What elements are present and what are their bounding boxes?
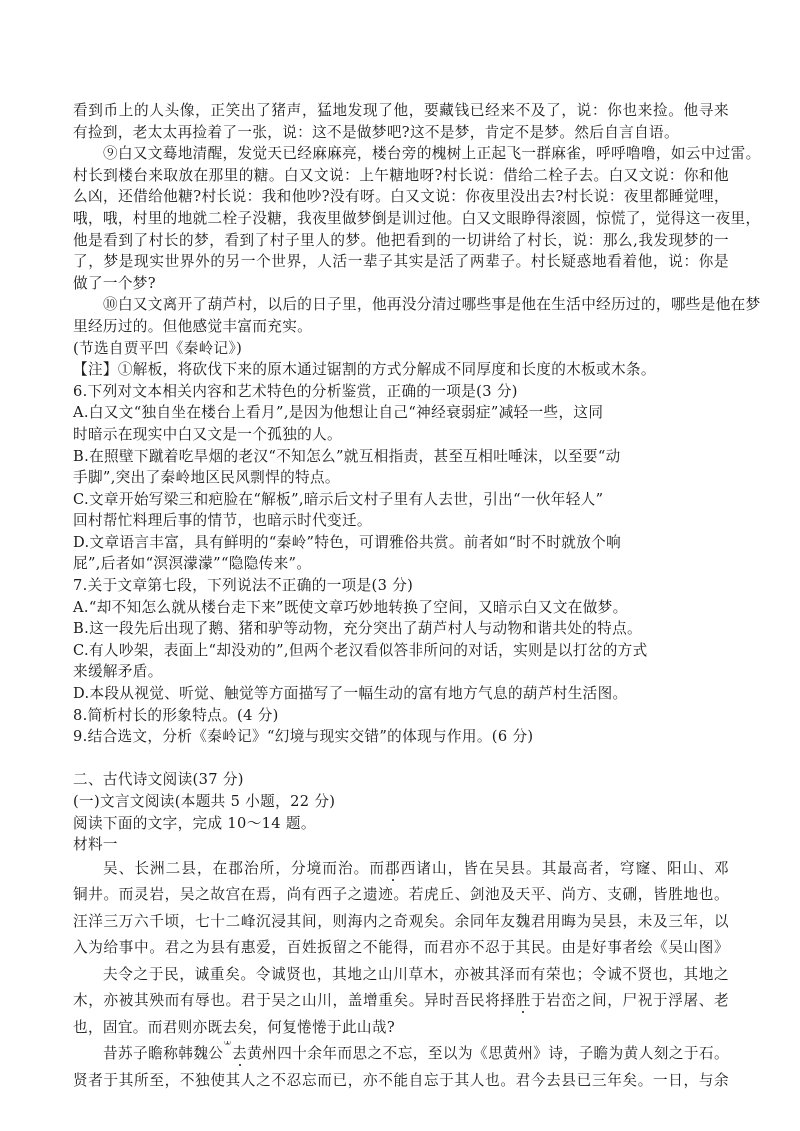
- text-line: ⑩白又文离开了葫芦村，以后的日子里，他再没分清过哪些事是他在生活中经历过的，哪些…: [73, 294, 729, 316]
- text-line: 吴、长洲二县，在郡治所，分境而治。而郡西诸山，皆在吴县。其最高者，穹窿、阳山、邓…: [73, 856, 729, 883]
- option-text: 回村帮忙料理后事的情节，也暗示时代变迁。: [73, 510, 729, 532]
- footnote-marker: ①: [224, 1041, 233, 1048]
- option-text: 来缓解矛盾。: [73, 661, 729, 683]
- question-stem: 7.关于文章第七段，下列说法不正确的一项是(3 分): [73, 575, 729, 597]
- option-c: C.文章开始写梁三和疤脸在“解板”,暗示后文村子里有人去世，引出“一伙年轻人” …: [73, 489, 729, 532]
- option-b: B.这一段先后出现了鹅、猪和驴等动物，充分突出了葫芦村人与动物和谐共处的特点。: [73, 618, 729, 640]
- question-stem: 6.下列对文本相关内容和艺术特色的分析鉴赏，正确的一项是(3 分): [73, 381, 729, 403]
- text-line: 贤者于其所至，不独使其人之不忍忘而已，亦不能自忘于其人也。君今去县已三年矣。一日…: [73, 1068, 729, 1095]
- spacer: [73, 748, 729, 770]
- text-line: 木，亦被其殃而有辱也。君于吴之山川，盖增重矣。异时吾民将择胜于岩峦之间，尸祝于浮…: [73, 988, 729, 1015]
- option-text: 时暗示在现实中白又文是一个孤独的人。: [73, 424, 729, 446]
- text-span: 吴、长洲二县，在郡治所，分境而治。而: [103, 860, 385, 877]
- option-text: D.文章语言丰富，具有鲜明的“秦岭”特色，可谓雅俗共赏。前者如“时不时就放个响: [73, 532, 729, 554]
- paragraph-9: ⑨白又文蓦地清醒，发觉天已经麻麻亮，楼台旁的槐树上正起飞一群麻雀，呼呼噜噜，如云…: [73, 143, 729, 294]
- section-subtitle: (一)文言文阅读(本题共 5 小题，22 分): [73, 791, 729, 813]
- exam-page: 看到币上的人头像，正笑出了猪声，猛地发现了他，要藏钱已经来不及了，说：你也来捡。…: [73, 100, 729, 1094]
- question-7: 7.关于文章第七段，下列说法不正确的一项是(3 分) A.“却不知怎么就从楼台走…: [73, 575, 729, 705]
- text-line: 夫令之于民，诚重矣。令诚贤也，其地之山川草木，亦被其泽而有荣也；令诚不贤也，其地…: [73, 962, 729, 989]
- option-text: A.白又文“独自坐在楼台上看月”,是因为他想让自己“神经衰弱症”减轻一些，这同: [73, 402, 729, 424]
- emphasis-dot-char: 郡: [385, 860, 401, 877]
- footnote: 【注】①解板，将砍伐下来的原木通过锯割的方式分解成不同厚度和长度的木板或木条。: [73, 359, 729, 381]
- option-text: B.在照壁下蹴着吃旱烟的老汉“不知怎么”就互相指责，甚至互相吐唾沫，以至要“动: [73, 446, 729, 468]
- option-c: C.有人吵架，表面上“却没劝的”,但两个老汉看似答非所问的对话，实则是以打岔的方…: [73, 640, 729, 683]
- text-span: 昔苏子瞻称韩魏公: [103, 1045, 224, 1062]
- section-2: 二、古代诗文阅读(37 分) (一)文言文阅读(本题共 5 小题，22 分) 阅…: [73, 769, 729, 1094]
- text-line: 入为给事中。君之为县有惠爱，百姓扳留之不能得，而君亦不忍于其民。由是好事者绘《吴…: [73, 935, 729, 962]
- instruction: 阅读下面的文字，完成 10～14 题。: [73, 813, 729, 835]
- option-a: A.“却不知怎么就从楼台走下来”既使文章巧妙地转换了空间，又暗示白又文在做梦。: [73, 597, 729, 619]
- text-line: 村长到楼台来取放在那里的糖。白又文说：上午糖地呀?村长说：借给二栓子去。白又文说…: [73, 165, 729, 187]
- text-line: 有捡到，老太太再捡着了一张，说：这不是做梦吧?这不是梦，肯定不是梦。然后自言自语…: [73, 122, 729, 144]
- emphasis-dot-char: 去: [232, 1045, 247, 1062]
- option-a: A.白又文“独自坐在楼台上看月”,是因为他想让自己“神经衰弱症”减轻一些，这同 …: [73, 402, 729, 445]
- option-b: B.在照壁下蹴着吃旱烟的老汉“不知怎么”就互相指责，甚至互相吐唾沫，以至要“动 …: [73, 446, 729, 489]
- text-line: 昔苏子瞻称韩魏公①去黄州四十余年而思之不忘，至以为《思黄州》诗，子瞻为黄人刻之于…: [73, 1041, 729, 1068]
- question-9: 9.结合选文，分析《秦岭记》“幻境与现实交错”的体现与作用。(6 分): [73, 726, 729, 748]
- classical-text: 吴、长洲二县，在郡治所，分境而治。而郡西诸山，皆在吴县。其最高者，穹窿、阳山、邓…: [73, 856, 729, 1095]
- text-line: 哦，哦，村里的地就二栓子没糖，我夜里做梦倒是训过他。白又文眼睁得滚圆，惊慌了，觉…: [73, 208, 729, 230]
- option-d: D.本段从视觉、听觉、触觉等方面描写了一幅生动的富有地方气息的葫芦村生活图。: [73, 683, 729, 705]
- text-line: 他是看到了村长的梦，看到了村子里人的梦。他把看到的一切讲给了村长，说：那么,我发…: [73, 230, 729, 252]
- question-6: 6.下列对文本相关内容和艺术特色的分析鉴赏，正确的一项是(3 分) A.白又文“…: [73, 381, 729, 575]
- text-line: 铜井。而灵岩，吴之故宫在焉，尚有西子之遗迹。若虎丘、剑池及天平、尚方、支硎，皆胜…: [73, 882, 729, 909]
- text-line: 里经历过的。但他感觉丰富而充实。: [73, 316, 729, 338]
- text-line: ⑨白又文蓦地清醒，发觉天已经麻麻亮，楼台旁的槐树上正起飞一群麻雀，呼呼噜噜，如云…: [73, 143, 729, 165]
- text-line: 了，梦是现实世界外的另一个世界，人活一辈子其实是活了两辈子。村长疑惑地看着他，说…: [73, 251, 729, 273]
- text-line: 么凶，还借给他糖?村长说：我和他吵?没有呀。白又文说：你夜里没出去?村长说：夜里…: [73, 186, 729, 208]
- option-d: D.文章语言丰富，具有鲜明的“秦岭”特色，可谓雅俗共赏。前者如“时不时就放个响 …: [73, 532, 729, 575]
- paragraph-10: ⑩白又文离开了葫芦村，以后的日子里，他再没分清过哪些事是他在生活中经历过的，哪些…: [73, 294, 729, 337]
- question-8: 8.简析村长的形象特点。(4 分): [73, 705, 729, 727]
- text-line: 看到币上的人头像，正笑出了猪声，猛地发现了他，要藏钱已经来不及了，说：你也来捡。…: [73, 100, 729, 122]
- text-line: 做了一个梦?: [73, 273, 729, 295]
- text-span: 木，亦被其殃而有辱也。君于吴之山川，盖增重矣。异时吾民将择: [73, 992, 516, 1009]
- story-passage-end: 看到币上的人头像，正笑出了猪声，猛地发现了他，要藏钱已经来不及了，说：你也来捡。…: [73, 100, 729, 143]
- section-title: 二、古代诗文阅读(37 分): [73, 769, 729, 791]
- text-line: 也，固宜。而君则亦既去矣，何复惓惓于此山哉?: [73, 1015, 729, 1042]
- option-text: 屁”,后者如“溟溟濛濛”“隐隐传来”。: [73, 553, 729, 575]
- source-citation: (节选自贾平凹《秦岭记》): [73, 338, 729, 360]
- material-label: 材料一: [73, 834, 729, 856]
- option-text: C.有人吵架，表面上“却没劝的”,但两个老汉看似答非所问的对话，实则是以打岔的方…: [73, 640, 729, 662]
- text-line: 汪洋三万六千顷，七十二峰沉浸其间，则海内之奇观矣。余同年友魏君用晦为吴县，未及三…: [73, 909, 729, 936]
- emphasis-dot-char: 胜: [516, 992, 531, 1009]
- option-text: 手脚”,突出了秦岭地区民风剽悍的特点。: [73, 467, 729, 489]
- option-text: C.文章开始写梁三和疤脸在“解板”,暗示后文村子里有人去世，引出“一伙年轻人”: [73, 489, 729, 511]
